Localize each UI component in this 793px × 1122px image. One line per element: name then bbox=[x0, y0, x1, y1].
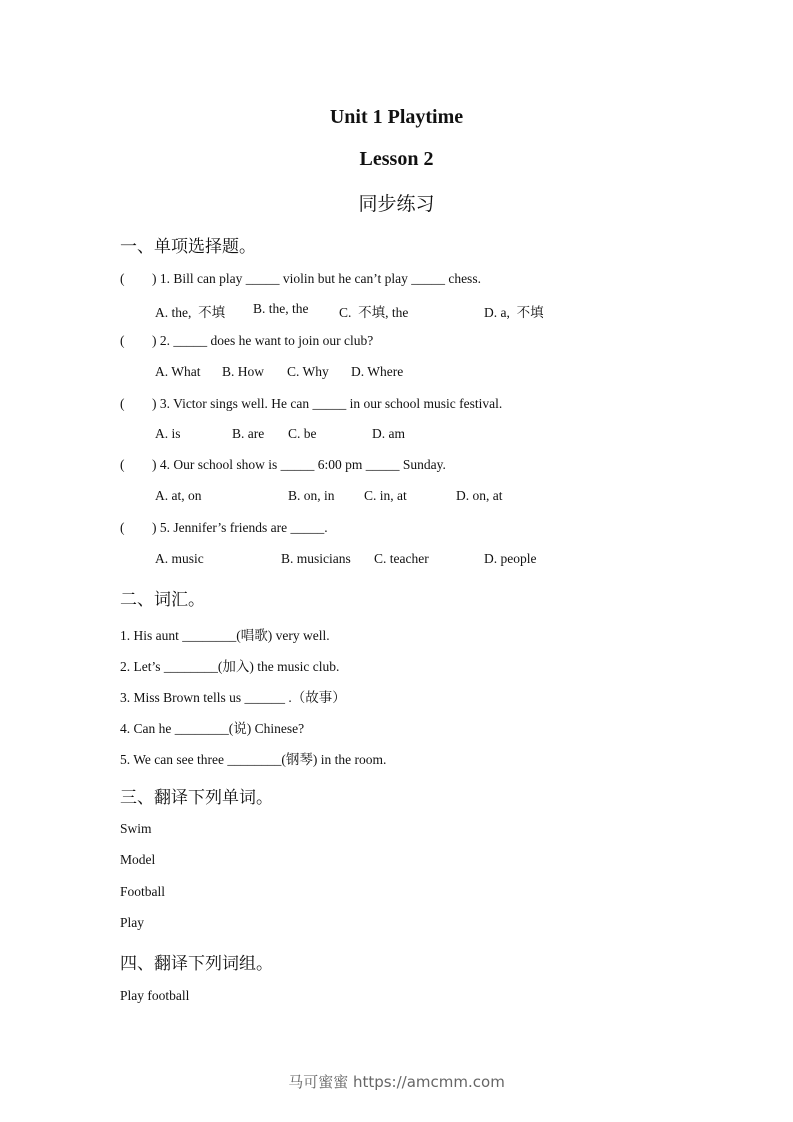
vocab-item-3: 3. Miss Brown tells us ______ .（故事） bbox=[120, 686, 346, 706]
option-c: C. teacher bbox=[374, 551, 429, 567]
option-d: D. am bbox=[372, 426, 405, 442]
option-d: D. on, at bbox=[456, 488, 503, 504]
word-item-2: Model bbox=[120, 852, 155, 868]
word-item-3: Football bbox=[120, 884, 165, 900]
option-d: D. a, 不填 bbox=[484, 301, 544, 321]
word-item-4: Play bbox=[120, 915, 144, 931]
answer-paren: ( bbox=[120, 396, 125, 412]
vocab-item-1: 1. His aunt ________(唱歌) very well. bbox=[120, 624, 330, 644]
page-title: Unit 1 Playtime bbox=[0, 106, 793, 129]
vocab-item-5: 5. We can see three ________(钢琴) in the … bbox=[120, 748, 386, 768]
option-b: B. on, in bbox=[288, 488, 335, 504]
section-heading-multiple-choice: 一、单项选择题。 bbox=[120, 232, 256, 257]
option-a: A. What bbox=[155, 364, 201, 380]
phrase-item-1: Play football bbox=[120, 988, 189, 1004]
answer-paren: ( bbox=[120, 520, 125, 536]
answer-paren: ( bbox=[120, 457, 125, 473]
answer-paren: ( bbox=[120, 333, 125, 349]
option-b: B. How bbox=[222, 364, 264, 380]
lesson-title: Lesson 2 bbox=[0, 148, 793, 171]
question-stem: ) 3. Victor sings well. He can _____ in … bbox=[152, 396, 502, 412]
option-b: B. musicians bbox=[281, 551, 351, 567]
question-stem: ) 4. Our school show is _____ 6:00 pm __… bbox=[152, 457, 446, 473]
question-stem: ) 5. Jennifer’s friends are _____. bbox=[152, 520, 328, 536]
option-a: A. at, on bbox=[155, 488, 202, 504]
section-heading-translate-phrases: 四、翻译下列词组。 bbox=[120, 949, 273, 974]
page-subtitle: 同步练习 bbox=[0, 189, 793, 216]
option-d: D. people bbox=[484, 551, 536, 567]
option-d: D. Where bbox=[351, 364, 403, 380]
option-a: A. the, 不填 bbox=[155, 301, 225, 321]
option-c: C. Why bbox=[287, 364, 329, 380]
vocab-item-2: 2. Let’s ________(加入) the music club. bbox=[120, 655, 339, 675]
option-b: B. the, the bbox=[253, 301, 309, 317]
section-heading-translate-words: 三、翻译下列单词。 bbox=[120, 783, 273, 808]
vocab-item-4: 4. Can he ________(说) Chinese? bbox=[120, 717, 304, 737]
option-c: C. 不填, the bbox=[339, 301, 408, 321]
question-stem: ) 2. _____ does he want to join our club… bbox=[152, 333, 373, 349]
answer-paren: ( bbox=[120, 271, 125, 287]
watermark: 马可蜜蜜 https://amcmm.com bbox=[0, 1071, 793, 1092]
word-item-1: Swim bbox=[120, 821, 152, 837]
question-stem: ) 1. Bill can play _____ violin but he c… bbox=[152, 271, 481, 287]
option-c: C. in, at bbox=[364, 488, 407, 504]
section-heading-vocabulary: 二、词汇。 bbox=[120, 585, 205, 610]
option-b: B. are bbox=[232, 426, 264, 442]
option-a: A. is bbox=[155, 426, 181, 442]
option-a: A. music bbox=[155, 551, 204, 567]
option-c: C. be bbox=[288, 426, 317, 442]
